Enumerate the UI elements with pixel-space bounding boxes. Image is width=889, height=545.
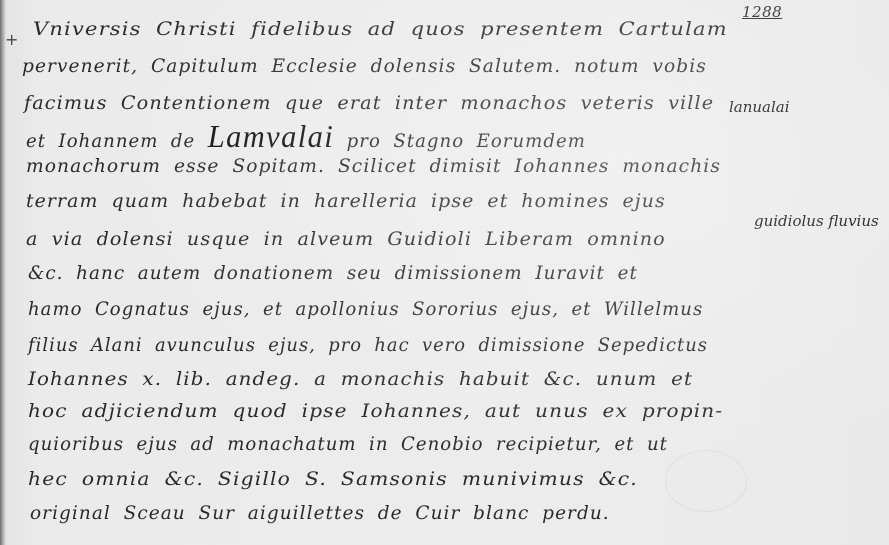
line-text: Vniversis Christi fidelibus ad quos pres… <box>33 18 728 40</box>
line-text: hoc adjiciendum quod ipse Iohannes, aut … <box>28 400 723 422</box>
line-text: pervenerit, Capitulum Ecclesie dolensis … <box>22 55 707 77</box>
line-text: monachorum esse Sopitam. Scilicet dimisi… <box>26 155 721 177</box>
line-text: a via dolensi usque in alveum Guidioli L… <box>26 228 666 250</box>
text-line-10: filius Alani avunculus ejus, pro hac ver… <box>28 334 708 356</box>
paragraph-marker: + <box>5 30 18 49</box>
text-line-11: Iohannes x. lib. andeg. a monachis habui… <box>28 368 693 390</box>
line-text: &c. hanc autem donationem seu dimissione… <box>28 262 638 284</box>
line-text: terram quam habebat in harelleria ipse e… <box>26 190 666 212</box>
text-line-6: terram quam habebat in harelleria ipse e… <box>26 190 666 212</box>
line-text: et Iohannem de <box>26 130 208 152</box>
text-line-7: a via dolensi usque in alveum Guidioli L… <box>26 228 666 250</box>
text-line-4: et Iohannem de Lamvalai pro Stagno Eorum… <box>26 118 586 155</box>
text-line-1: Vniversis Christi fidelibus ad quos pres… <box>33 18 728 40</box>
line-text: Iohannes x. lib. andeg. a monachis habui… <box>28 368 693 390</box>
manuscript-page: + 1288 Vniversis Christi fidelibus ad qu… <box>0 0 889 545</box>
text-line-15: original Sceau Sur aiguillettes de Cuir … <box>30 502 610 524</box>
text-line-2: pervenerit, Capitulum Ecclesie dolensis … <box>22 55 707 77</box>
text-line-12: hoc adjiciendum quod ipse Iohannes, aut … <box>28 400 723 422</box>
line-text: facimus Contentionem que erat inter mona… <box>24 92 714 114</box>
text-line-14: hec omnia &c. Sigillo S. Samsonis munivi… <box>28 468 638 490</box>
text-line-8: &c. hanc autem donationem seu dimissione… <box>28 262 638 284</box>
emphasized-name: Lamvalai <box>208 118 334 154</box>
reference-number: 1288 <box>742 3 782 21</box>
line-text: filius Alani avunculus ejus, pro hac ver… <box>28 334 708 356</box>
text-line-5: monachorum esse Sopitam. Scilicet dimisi… <box>26 155 721 177</box>
margin-note-guidiolus: guidiolus fluvius <box>754 212 879 230</box>
line-text: original Sceau Sur aiguillettes de Cuir … <box>30 502 610 524</box>
line-text: pro Stagno Eorumdem <box>334 130 586 152</box>
faint-seal-impression <box>665 450 747 512</box>
line-text: quioribus ejus ad monachatum in Cenobio … <box>28 433 668 455</box>
margin-note-lanualai: lanualai <box>729 98 790 116</box>
line-text: hamo Cognatus ejus, et apollonius Sorori… <box>28 298 703 320</box>
text-line-13: quioribus ejus ad monachatum in Cenobio … <box>28 433 668 455</box>
text-line-3: facimus Contentionem que erat inter mona… <box>24 92 714 114</box>
line-text: hec omnia &c. Sigillo S. Samsonis munivi… <box>28 468 638 490</box>
text-line-9: hamo Cognatus ejus, et apollonius Sorori… <box>28 298 703 320</box>
